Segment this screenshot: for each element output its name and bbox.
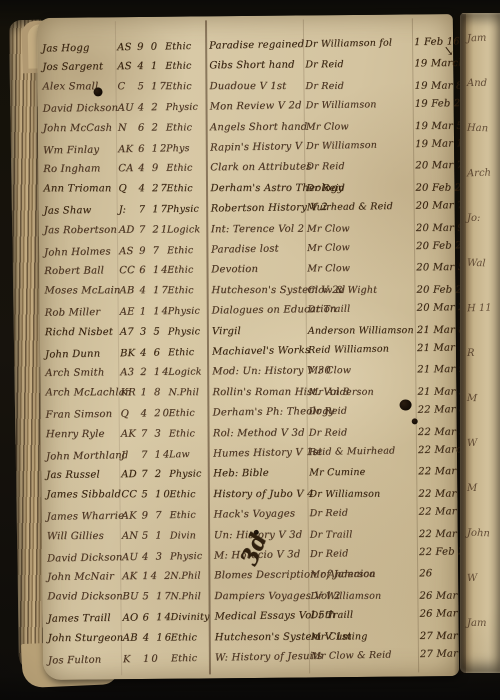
student-class: Ethic — [169, 485, 211, 505]
shelf-mark: AB — [123, 628, 143, 648]
ledger-row: Robert Ball CC 6 14 Ethic Devotion Mr Cl… — [39, 258, 455, 282]
professor-guarantor: Anderson Williamson — [308, 321, 416, 342]
student-class: Ethic — [168, 343, 210, 364]
facing-page-text-fragment: Arch — [467, 168, 491, 180]
shelf-mark: AS — [119, 242, 139, 262]
professor-guarantor: Mr Cumine — [309, 463, 417, 484]
facing-page-text-fragment: M — [467, 393, 478, 404]
facing-page-text-fragment: Han — [467, 123, 488, 135]
professor-guarantor: Dr Reid — [309, 503, 417, 524]
student-class: N.Phil — [170, 567, 212, 587]
professor-guarantor: Mr Clow — [308, 361, 416, 382]
ledger-row: Fran Simson Q 4 20 Ethic Derham's Ph: Th… — [41, 400, 457, 426]
shelf-mark: AN — [122, 526, 142, 546]
facing-page-text-fragment: W — [467, 573, 478, 584]
ledger-rows: Jas Hogg AS 9 0 Ethic Paradise regained … — [37, 14, 459, 680]
student-class: Ethic — [167, 281, 209, 301]
book-gutter-shadow — [454, 14, 466, 674]
professor-guarantor: Mr Anderson — [308, 382, 416, 402]
ledger-row: Arch Smith A3 2 14 Logick Mod: Un: Histo… — [40, 360, 456, 384]
press-numbers: 6 12 — [138, 139, 168, 160]
press-numbers: 4 1 — [137, 57, 167, 77]
facing-page-text-fragment: Jam — [467, 618, 486, 629]
professor-guarantor: Mr Cuming — [311, 627, 419, 648]
shelf-mark: A3 — [120, 363, 140, 383]
professor-guarantor: Dr Reid — [306, 178, 414, 198]
student-class: Divin — [170, 526, 212, 546]
student-class: Ethic — [171, 649, 213, 670]
student-class: Ethic — [169, 404, 211, 425]
shelf-mark: J — [121, 446, 141, 466]
press-numbers: 7 3 — [141, 424, 171, 444]
facing-page-text-fragment: Wal — [467, 258, 486, 270]
press-numbers: 6 2 — [138, 118, 168, 138]
student-class: Physic — [167, 200, 209, 221]
shelf-mark: AS — [117, 38, 137, 58]
professor-guarantor: Mr Clow & Reid — [311, 645, 419, 667]
ledger-page: Jas Hogg AS 9 0 Ethic Paradise regained … — [37, 14, 459, 680]
shelf-mark: AB — [119, 281, 139, 301]
professor-guarantor: Dr Williamson — [306, 135, 414, 157]
press-numbers: 7 14 — [141, 445, 171, 466]
press-numbers: 1 14 — [140, 302, 170, 322]
press-numbers: 14 2 — [142, 567, 172, 587]
student-class: Ethic — [166, 118, 208, 138]
shelf-mark: Q — [121, 405, 141, 425]
shelf-mark: BU — [122, 587, 142, 607]
facing-page-text-fragment: W — [467, 438, 478, 449]
student-class: Ethic — [165, 37, 207, 58]
student-class: Ethic — [167, 261, 209, 281]
professor-guarantor: Muirhead & Reid — [307, 197, 415, 218]
professor-guarantor: Mr Anderson — [310, 565, 418, 586]
student-class: Physic — [166, 98, 208, 119]
press-numbers: 4 9 — [138, 159, 168, 179]
student-class: N.Phil — [170, 587, 212, 607]
facing-page-text-fragment: John — [467, 528, 490, 540]
professor-guarantor: Clow & Wight — [307, 280, 415, 300]
facing-page-edge: JamAndHanArchJo:WalH 11RMWMJohnWJam — [460, 13, 500, 673]
professor-guarantor: Dr Traill — [308, 299, 416, 320]
press-numbers: 5 17 — [137, 77, 167, 97]
professor-guarantor: Dr Traill — [310, 525, 418, 546]
professor-guarantor: Dr Williamson — [306, 95, 414, 116]
student-class: Logick — [167, 220, 209, 240]
facing-page-text-fragment: Jo: — [467, 213, 480, 224]
press-numbers: 1 8 — [140, 383, 170, 403]
professor-guarantor: Dr Reid — [305, 76, 413, 96]
facing-page-text-fragment: And — [467, 78, 487, 89]
press-numbers: 4 6 — [140, 343, 170, 364]
press-numbers: 7 17 — [139, 200, 169, 220]
ledger-row: Jos Sargent AS 4 1 Ethic Gibs Short hand… — [37, 54, 453, 78]
shelf-mark: CC — [121, 485, 141, 505]
shelf-mark: Q — [118, 179, 138, 199]
professor-guarantor: Reid & Muirhead — [309, 441, 417, 463]
student-class: Physic — [170, 547, 212, 568]
press-numbers: 7 2 — [141, 465, 171, 485]
press-numbers: 9 7 — [139, 241, 169, 262]
press-numbers: 6 14 — [139, 261, 169, 281]
press-numbers: 4 3 — [142, 547, 172, 568]
shelf-mark: AK — [122, 567, 142, 587]
student-class: Ethic — [166, 179, 208, 199]
student-class: Ethic — [165, 57, 207, 77]
press-numbers: 4 27 — [138, 179, 168, 199]
professor-guarantor: Dr Reid — [309, 423, 417, 444]
professor-guarantor: Dr Williamson — [310, 586, 418, 606]
press-numbers: 5 1 — [142, 526, 172, 546]
shelf-mark: C — [117, 77, 137, 97]
ink-blot — [412, 418, 418, 424]
professor-guarantor: Mr Clow — [307, 237, 415, 259]
press-numbers: 3 5 — [140, 322, 170, 342]
shelf-mark: AU — [122, 548, 142, 568]
ledger-row: David Dickson AU 4 2 Physic Mon Review V… — [38, 94, 454, 120]
shelf-mark: A7 — [120, 322, 140, 342]
professor-guarantor: Dr Reid — [306, 157, 414, 178]
professor-guarantor: Dr Reid — [310, 543, 418, 565]
press-numbers: 6 14 — [142, 608, 172, 628]
press-numbers: 10 — [143, 649, 173, 670]
shelf-mark: AK — [118, 140, 138, 160]
professor-guarantor: Dr Williamson fol — [305, 33, 413, 55]
ledger-row: Jas Russel AD 7 2 Physic Heb: Bible Mr C… — [41, 462, 457, 486]
shelf-mark: AD — [121, 465, 141, 485]
shelf-mark: AO — [122, 609, 142, 629]
student-class: Ethic — [167, 241, 209, 262]
shelf-mark: K — [123, 650, 143, 670]
professor-guarantor: Reid Williamson — [308, 339, 416, 361]
student-class: Ethic — [169, 506, 211, 527]
press-numbers: 2 14 — [140, 363, 170, 383]
student-class: N.Phil — [168, 383, 210, 403]
press-numbers: 7 21 — [139, 220, 169, 240]
professor-guarantor: Mr Clow — [307, 219, 415, 240]
facing-page-text-fragment: M — [467, 483, 477, 494]
press-numbers: 4 2 — [138, 98, 168, 118]
ledger-row: John McNair AK 14 2 N.Phil Blomes Descri… — [42, 564, 458, 588]
facing-page-text-fragment: Jam — [467, 33, 487, 45]
press-numbers: 9 0 — [137, 37, 167, 58]
professor-guarantor: Dr Williamson — [309, 484, 417, 504]
professor-guarantor: Mr Clow — [306, 117, 414, 138]
photograph-of-manuscript-ledger: Jas Hogg AS 9 0 Ethic Paradise regained … — [0, 0, 500, 700]
student-class: Logick — [168, 363, 210, 383]
press-numbers: 5 10 — [141, 485, 171, 505]
student-class: Divinity — [170, 608, 212, 629]
student-class: Ethic — [171, 628, 213, 648]
facing-page-text-fragment: H 11 — [467, 303, 492, 315]
student-class: Ethic — [169, 424, 211, 444]
press-numbers: 4 17 — [139, 281, 169, 301]
professor-guarantor: Dr Reid — [305, 55, 413, 76]
press-numbers: 4 20 — [141, 404, 171, 424]
shelf-mark: KR — [120, 383, 140, 403]
shelf-mark: AK — [121, 507, 141, 527]
shelf-mark: AD — [119, 220, 139, 240]
shelf-mark: CC — [119, 261, 139, 281]
shelf-mark: J: — [119, 201, 139, 221]
shelf-mark: CA — [118, 159, 138, 179]
press-numbers: 5 17 — [142, 587, 172, 607]
shelf-mark: AU — [118, 99, 138, 119]
student-class: Physic — [168, 322, 210, 342]
ledger-row: James Traill AO 6 14 Divinity Medical Es… — [42, 604, 458, 630]
student-class: Physic — [169, 465, 211, 485]
press-numbers: 9 7 — [141, 506, 171, 526]
professor-guarantor: Mr Clow — [307, 259, 415, 280]
professor-guarantor: Dr Traill — [310, 605, 418, 626]
facing-page-text-fragment: R — [467, 348, 475, 359]
ledger-row: Ro Ingham CA 4 9 Ethic Clark on Attribut… — [38, 156, 454, 180]
ink-blot — [400, 399, 412, 410]
press-numbers: 4 16 — [143, 628, 173, 648]
ink-blot — [94, 87, 103, 96]
shelf-mark: AE — [120, 303, 140, 323]
ledger-row: Rob Miller AE 1 14 Physic Dialogues on E… — [40, 298, 456, 324]
ledger-row: Jas Shaw J: 7 17 Physic Robertson Histor… — [39, 196, 455, 222]
student-class: Ethic — [166, 159, 208, 179]
shelf-mark: N — [118, 118, 138, 138]
ledger-row: James Wharrie AK 9 7 Ethic Hack's Voyage… — [41, 502, 457, 528]
shelf-mark: AK — [121, 424, 141, 444]
shelf-mark: BK — [120, 344, 140, 364]
student-class: Physic — [168, 302, 210, 323]
student-class: Law — [169, 445, 211, 466]
shelf-mark: AS — [117, 57, 137, 77]
student-class: Phys — [166, 139, 208, 160]
student-class: Ethic — [165, 77, 207, 97]
